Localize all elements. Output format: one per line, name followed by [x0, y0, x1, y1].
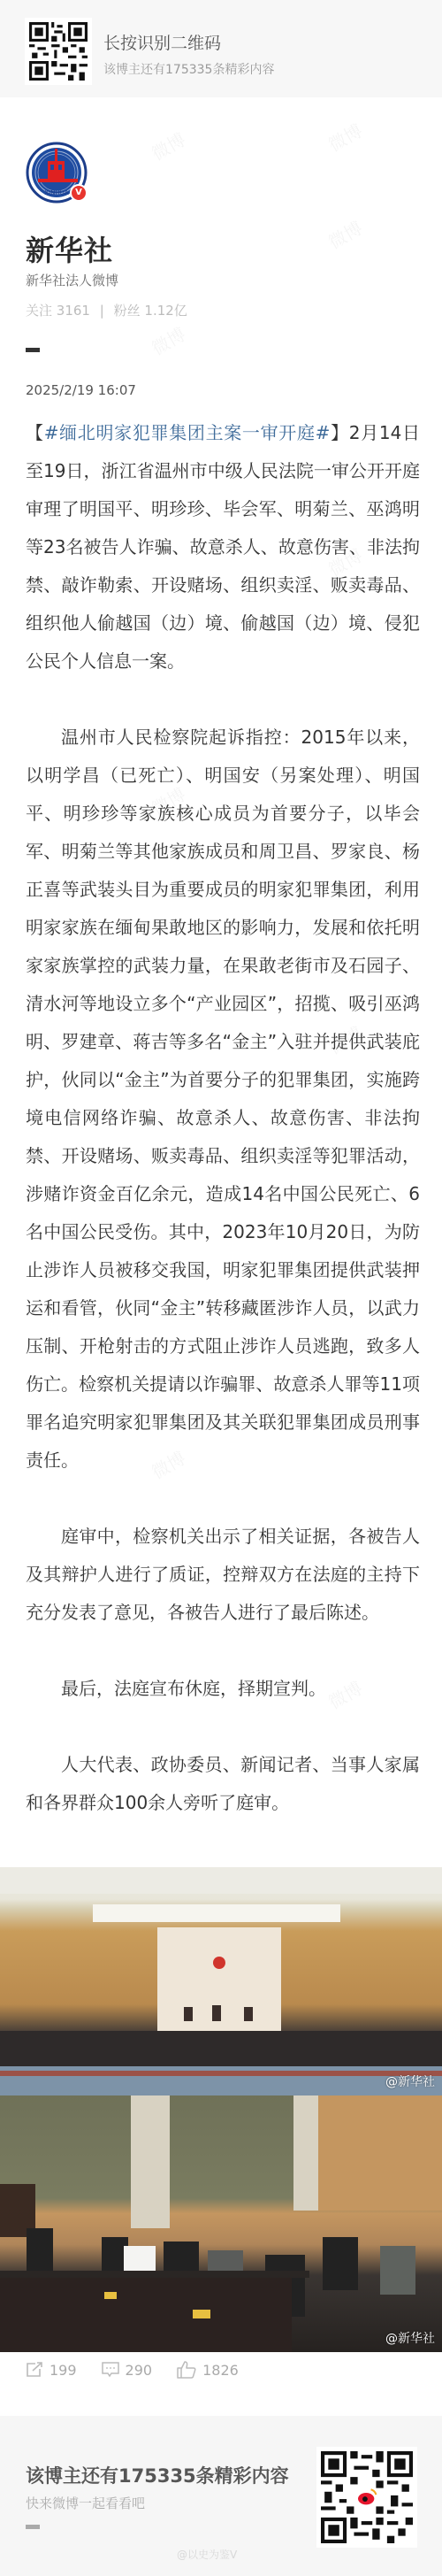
repost-button[interactable]: 199 — [26, 2362, 77, 2379]
comment-button[interactable]: 290 — [102, 2362, 153, 2379]
post-paragraph: 庭审中，检察机关出示了相关证据，各被告人及其辩护人进行了质证，控辩双方在法庭的主… — [26, 1518, 420, 1632]
top-qr-banner: 长按识别二维码 该博主还有175335条精彩内容 — [0, 0, 442, 97]
divider-dash — [26, 348, 40, 352]
following-label: 关注 — [26, 303, 52, 319]
qr-code-icon[interactable] — [25, 18, 92, 85]
footer-promo: 该博主还有175335条精彩内容 快来微博一起看看吧 @以史为鉴V — [0, 2416, 442, 2576]
following-count: 3161 — [57, 303, 90, 319]
svg-text:XINHUA: XINHUA — [44, 189, 68, 196]
like-button[interactable]: 1826 — [177, 2361, 239, 2379]
post-card: 微博 微博 微博 微博 微博 微博 微博 微博 微博 XINHUA V 新华社 … — [0, 97, 442, 2416]
post-body: 【#缅北明家犯罪集团主案一审开庭#】2月14日至19日，浙江省温州市中级人民法院… — [26, 414, 420, 1822]
photo-watermark: @新华社 — [385, 2329, 435, 2347]
verified-badge-icon: V — [70, 184, 88, 202]
footer-dash — [26, 2525, 40, 2529]
courtroom-wide-view-photo[interactable]: @新华社 — [0, 1867, 442, 2095]
comment-icon — [102, 2362, 119, 2378]
account-description: 新华社法人微博 — [26, 271, 118, 289]
footer-title: 该博主还有175335条精彩内容 — [26, 2462, 289, 2488]
repost-icon — [26, 2362, 43, 2378]
thumbs-up-icon — [177, 2361, 196, 2379]
topic-hashtag-link[interactable]: #缅北明家犯罪集团主案一审开庭# — [44, 422, 331, 443]
photo-watermark: @新华社 — [385, 2072, 435, 2090]
footer-watermark: @以史为鉴V — [177, 2547, 237, 2562]
followers-count: 1.12亿 — [144, 303, 187, 319]
weibo-watermark: 微博 — [323, 117, 366, 157]
post-action-bar: 199 290 1826 — [26, 2357, 263, 2383]
footer-subtitle: 快来微博一起看看吧 — [26, 2494, 145, 2512]
post-paragraph: 人大代表、政协委员、新闻记者、当事人家属和各界群众100余人旁听了庭审。 — [26, 1746, 420, 1822]
comment-count: 290 — [126, 2362, 153, 2379]
defendants-standing-photo[interactable]: @新华社 — [0, 2095, 442, 2352]
like-count: 1826 — [202, 2362, 239, 2379]
weibo-watermark: 微博 — [146, 320, 189, 360]
banner-title: 长按识别二维码 — [103, 30, 221, 54]
post-date: 2025/2/19 16:07 — [26, 382, 136, 398]
banner-subtitle: 该博主还有175335条精彩内容 — [103, 60, 274, 78]
followers-label: 粉丝 — [114, 303, 141, 319]
weibo-qr-code-icon[interactable] — [316, 2447, 417, 2548]
post-paragraph: 温州市人民检察院起诉指控：2015年以来，以明学昌（已死亡）、明国安（另案处理）… — [26, 719, 420, 1480]
post-paragraph: 【#缅北明家犯罪集团主案一审开庭#】2月14日至19日，浙江省温州市中级人民法院… — [26, 414, 420, 681]
weibo-watermark: 微博 — [146, 126, 189, 165]
repost-count: 199 — [50, 2362, 77, 2379]
courtroom-scene-illustration — [0, 1867, 442, 2095]
defendants-scene-illustration — [0, 2095, 442, 2352]
post-paragraph: 最后，法庭宣布休庭，择期宣判。 — [26, 1670, 420, 1708]
account-name[interactable]: 新华社 — [26, 228, 113, 269]
weibo-watermark: 微博 — [323, 214, 366, 254]
stats-separator: | — [100, 303, 104, 319]
account-stats: 关注 3161 | 粉丝 1.12亿 — [26, 301, 187, 319]
